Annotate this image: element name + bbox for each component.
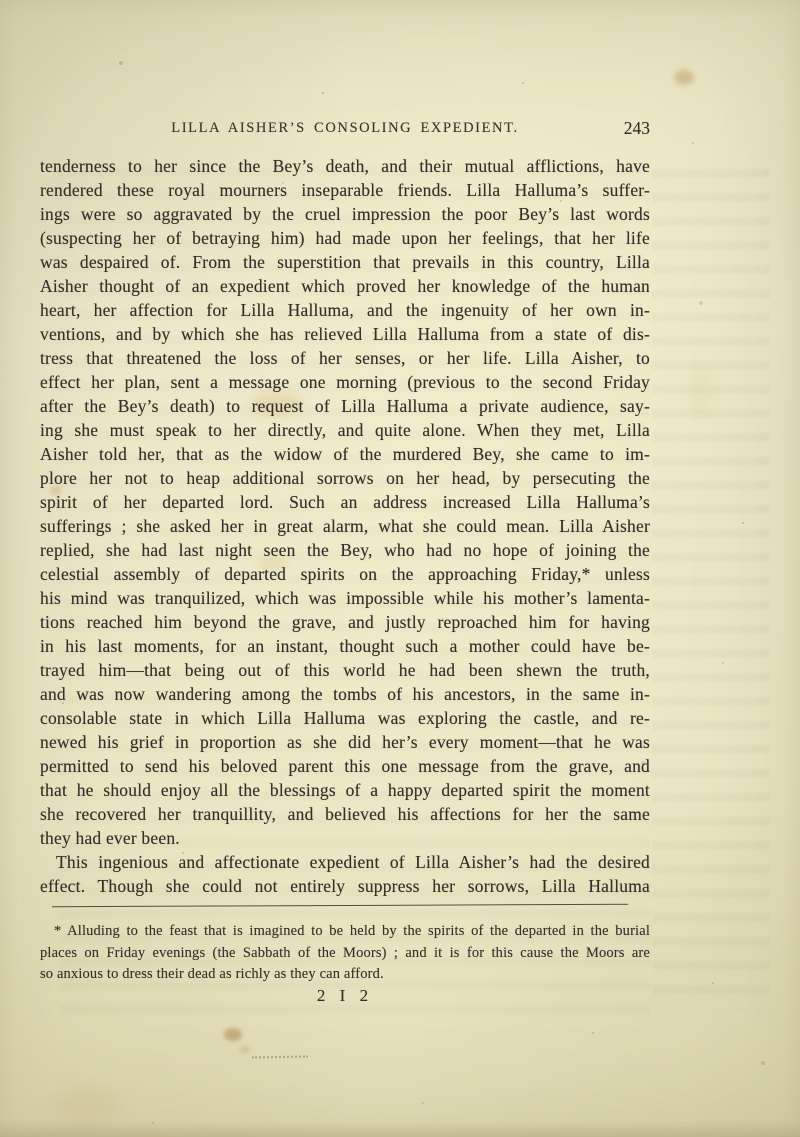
paper-stain	[52, 1088, 122, 1122]
paper-stain	[240, 1046, 250, 1053]
body-line: spirit of her departed lord. Such an add…	[40, 490, 650, 514]
body-line: trayed him—that being out of this world …	[40, 658, 650, 682]
body-text: tenderness to her since the Bey’s death,…	[40, 154, 650, 898]
body-line: ventions, and by which she has relieved …	[40, 322, 650, 346]
paper-stain	[688, 360, 714, 420]
running-header-title: LILLA AISHER’S CONSOLING EXPEDIENT.	[40, 120, 650, 137]
body-line: celestial assembly of departed spirits o…	[40, 562, 650, 586]
footnote-separator-rule	[52, 904, 628, 908]
body-line: after the Bey’s death) to request of Lil…	[40, 394, 650, 418]
body-line: in his last moments, for an instant, tho…	[40, 634, 650, 658]
book-page-scan: LILLA AISHER’S CONSOLING EXPEDIENT. 243 …	[0, 0, 800, 1137]
body-line: permitted to send his beloved parent thi…	[40, 754, 650, 778]
body-line: ings were so aggravated by the cruel imp…	[40, 202, 650, 226]
page-number: 243	[624, 118, 650, 139]
body-line: (suspecting her of betraying him) had ma…	[40, 226, 650, 250]
body-line: replied, she had last night seen the Bey…	[40, 538, 650, 562]
body-line: and was now wandering among the tombs of…	[40, 682, 650, 706]
paper-stain	[674, 70, 694, 85]
body-line: This ingenious and affectionate expedien…	[40, 850, 650, 874]
body-line: ing she must speak to her directly, and …	[40, 418, 650, 442]
page-bottom-shadow	[0, 1121, 800, 1137]
body-line: his mind was tranquilized, which was imp…	[40, 586, 650, 610]
body-line: effect her plan, sent a message one morn…	[40, 370, 650, 394]
body-line: effect. Though she could not entirely su…	[40, 874, 650, 898]
body-line: plore her not to heap additional sorrows…	[40, 466, 650, 490]
footnote-line: * Alluding to the feast that is imagined…	[40, 921, 650, 943]
printers-signature-mark: 2 I 2	[40, 986, 650, 1006]
footnote: * Alluding to the feast that is imagined…	[40, 921, 650, 986]
body-line: consolable state in which Lilla Halluma …	[40, 706, 650, 730]
body-line: heart, her affection for Lilla Halluma, …	[40, 298, 650, 322]
pencil-mark	[252, 1056, 308, 1059]
body-line: tress that threatened the loss of her se…	[40, 346, 650, 370]
running-header: LILLA AISHER’S CONSOLING EXPEDIENT. 243	[40, 120, 650, 142]
body-line: that he should enjoy all the blessings o…	[40, 778, 650, 802]
body-line: was despaired of. From the superstition …	[40, 250, 650, 274]
body-line: newed his grief in proportion as she did…	[40, 730, 650, 754]
body-line: she recovered her tranquillity, and beli…	[40, 802, 650, 826]
body-line: tenderness to her since the Bey’s death,…	[40, 154, 650, 178]
paper-stain	[224, 1028, 242, 1041]
footnote-line: so anxious to dress their dead as richly…	[40, 964, 650, 986]
body-line: they had ever been.	[40, 826, 650, 850]
ink-bleedthrough	[652, 160, 770, 1010]
body-line: tions reached him beyond the grave, and …	[40, 610, 650, 634]
body-line: rendered these royal mourners inseparabl…	[40, 178, 650, 202]
body-line: Aisher told her, that as the widow of th…	[40, 442, 650, 466]
footnote-line: places on Friday evenings (the Sabbath o…	[40, 943, 650, 965]
foxing-specks	[0, 0, 2, 2]
body-line: sufferings ; she asked her in great alar…	[40, 514, 650, 538]
body-line: Aisher thought of an expedient which pro…	[40, 274, 650, 298]
